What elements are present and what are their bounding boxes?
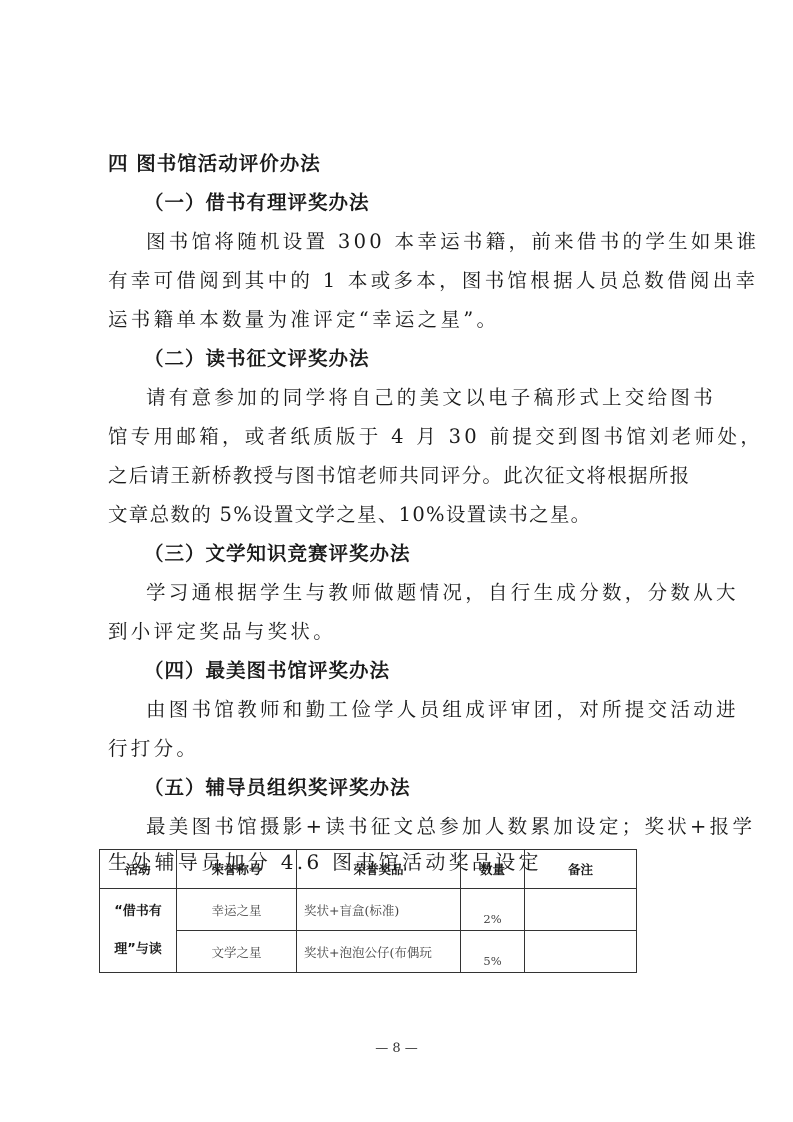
subsection-heading-1: （一）借书有理评奖办法	[144, 190, 734, 216]
header-activity: 活动	[100, 850, 177, 889]
subsection-heading-3: （三）文学知识竞赛评奖办法	[144, 541, 734, 567]
paragraph-line: 学习通根据学生与教师做题情况，自行生成分数，分数从大	[146, 580, 736, 606]
paragraph-line: 运书籍单本数量为准评定“幸运之星”。	[108, 307, 698, 333]
paragraph-line: 有幸可借阅到其中的 1 本或多本，图书馆根据人员总数借阅出幸	[108, 268, 698, 294]
note-cell	[525, 889, 637, 931]
table-row: 文学之星 奖状+泡泡公仔(布偶玩 5%	[100, 931, 637, 973]
header-note: 备注	[525, 850, 637, 889]
subsection-heading-5: （五）辅导员组织奖评奖办法	[144, 775, 734, 801]
paragraph-line: 图书馆将随机设置 300 本幸运书籍，前来借书的学生如果谁	[146, 229, 736, 255]
activity-line-1: “借书有	[100, 893, 176, 931]
honor-prize-cell: 奖状+泡泡公仔(布偶玩	[297, 931, 461, 973]
activity-cell: “借书有 理”与读	[100, 889, 177, 973]
section-title: 四 图书馆活动评价办法	[108, 151, 698, 177]
paragraph-line: 由图书馆教师和勤工俭学人员组成评审团，对所提交活动进	[146, 697, 736, 723]
activity-line-2: 理”与读	[100, 931, 176, 969]
honor-prize-cell: 奖状+盲盒(标准)	[297, 889, 461, 931]
quantity-cell: 5%	[461, 931, 525, 973]
awards-table: 活动 荣誉称号 荣誉奖品 数量 备注 “借书有 理”与读 幸运之星 奖状+盲盒(…	[99, 849, 637, 973]
header-quantity: 数量	[461, 850, 525, 889]
paragraph-line: 行打分。	[108, 736, 698, 762]
subsection-heading-2: （二）读书征文评奖办法	[144, 346, 734, 372]
note-cell	[525, 931, 637, 973]
paragraph-line: 馆专用邮箱，或者纸质版于 4 月 30 前提交到图书馆刘老师处，	[108, 424, 698, 450]
paragraph-line: 文章总数的 5%设置文学之星、10%设置读书之星。	[108, 502, 698, 528]
header-honor-prize: 荣誉奖品	[297, 850, 461, 889]
table-row: “借书有 理”与读 幸运之星 奖状+盲盒(标准) 2%	[100, 889, 637, 931]
quantity-cell: 2%	[461, 889, 525, 931]
paragraph-line: 到小评定奖品与奖状。	[108, 619, 698, 645]
paragraph-line: 之后请王新桥教授与图书馆老师共同评分。此次征文将根据所报	[108, 463, 698, 489]
honor-title-cell: 幸运之星	[177, 889, 297, 931]
subsection-heading-4: （四）最美图书馆评奖办法	[144, 658, 734, 684]
paragraph-line: 请有意参加的同学将自己的美文以电子稿形式上交给图书	[146, 385, 736, 411]
table-header-row: 活动 荣誉称号 荣誉奖品 数量 备注	[100, 850, 637, 889]
paragraph-line: 最美图书馆摄影+读书征文总参加人数累加设定；奖状+报学	[146, 814, 736, 840]
document-page: 四 图书馆活动评价办法 （一）借书有理评奖办法 图书馆将随机设置 300 本幸运…	[0, 0, 793, 1122]
header-honor-title: 荣誉称号	[177, 850, 297, 889]
page-number: — 8 —	[0, 1041, 793, 1056]
honor-title-cell: 文学之星	[177, 931, 297, 973]
